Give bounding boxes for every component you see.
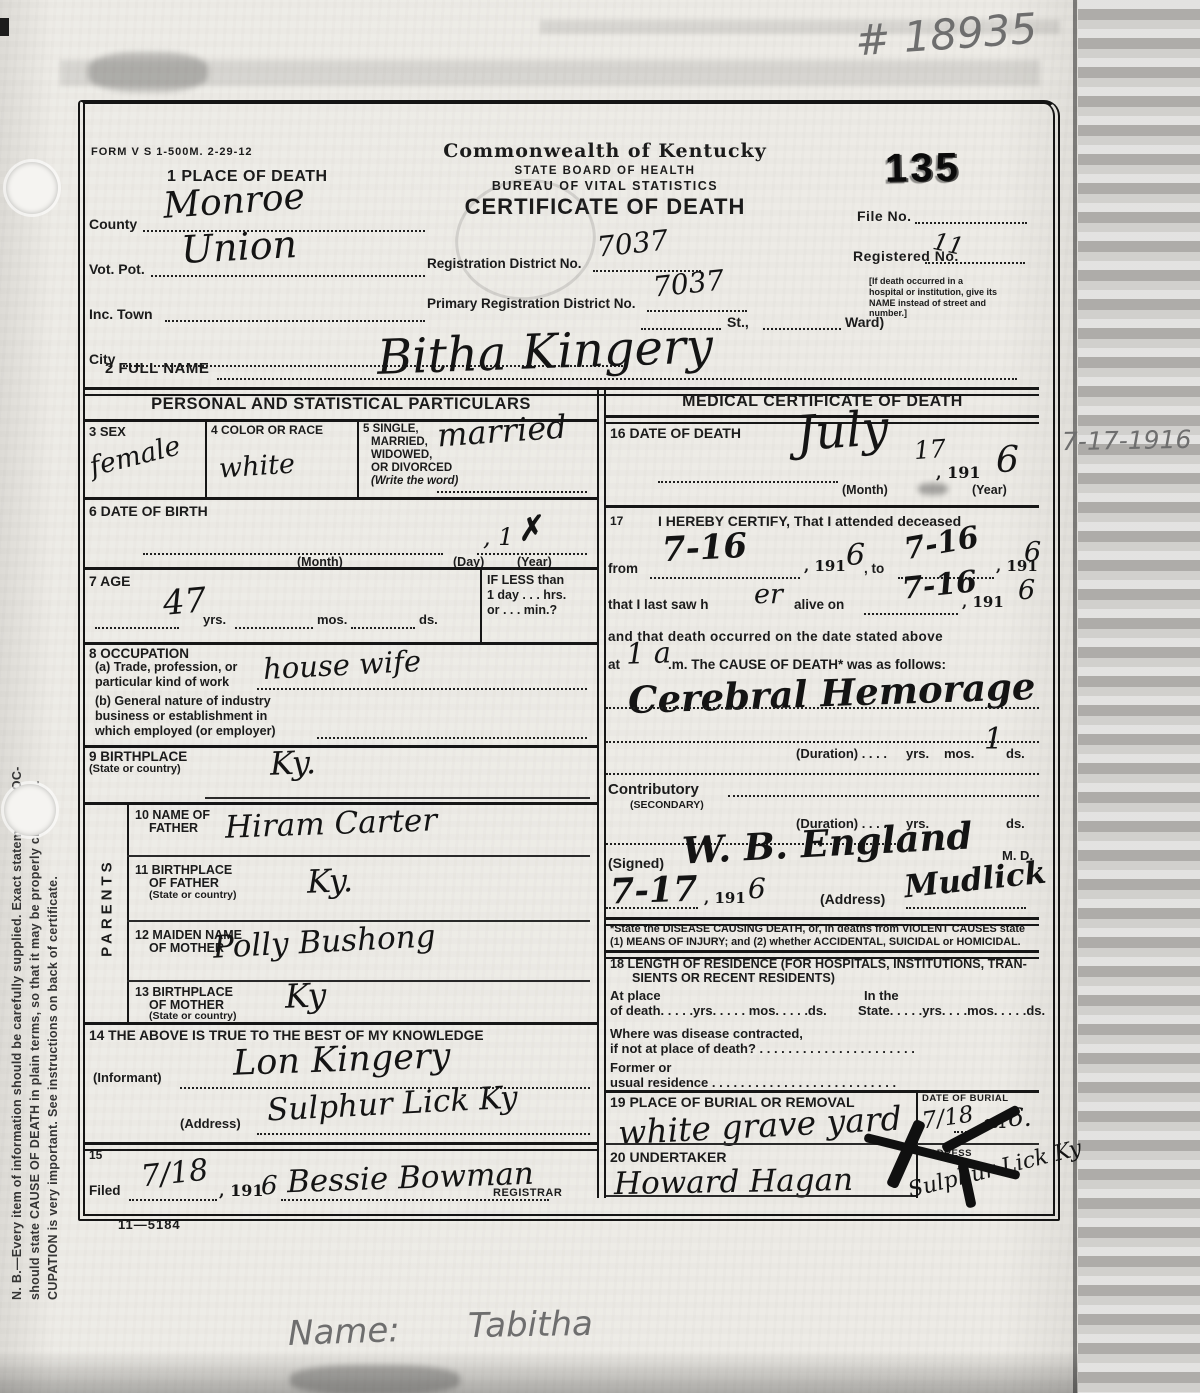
org-bureau: BUREAU OF VITAL STATISTICS (425, 179, 785, 193)
certify-from-label: from (608, 561, 638, 577)
rule-line (85, 567, 597, 570)
certify-to-value: 7-16 (902, 523, 981, 566)
duration-dotted-line (606, 771, 1039, 775)
column-divider (597, 387, 606, 1198)
father-name-value: Hiram Carter (225, 805, 438, 843)
filed-item-number: 15 (89, 1149, 102, 1163)
duration2-ds-label: ds. (1006, 817, 1025, 832)
signed-year-digit: 6 (748, 875, 766, 903)
informant-address-label: (Address) (180, 1117, 241, 1132)
inc-town-label: Inc. Town (89, 306, 153, 322)
rule-line (606, 505, 1039, 508)
dod-month-sublabel: (Month) (842, 483, 888, 497)
file-no-dotted-line (915, 220, 1027, 224)
age-ds-label: ds. (419, 613, 438, 628)
contributory-label: Contributory (608, 781, 699, 798)
cause-of-death-value: Cerebral Hemorage (627, 668, 1036, 719)
at-place-label-1: At place (610, 989, 661, 1004)
mother-birthplace-value: Ky (284, 978, 326, 1012)
cell-divider (357, 419, 359, 497)
address-label: (Address) (820, 891, 885, 907)
date-of-death-year-digit: 6 (996, 443, 1019, 479)
county-label: County (89, 216, 137, 232)
sex-label: 3 SEX (89, 425, 126, 440)
rule-line (85, 497, 597, 500)
medical-column: MEDICAL CERTIFICATE OF DEATH 16 DATE OF … (606, 387, 1039, 1198)
age-dotted-line (95, 625, 179, 629)
certify-to-label: , to (864, 561, 884, 577)
dob-year-dotted-line (477, 551, 587, 555)
penciled-file-number: # 18935 (854, 8, 1039, 63)
birthplace-value: Ky. (269, 746, 316, 780)
if-less-line-1: IF LESS than (487, 573, 564, 587)
marital-label-4: OR DIVORCED (371, 462, 452, 475)
if-less-line-3: or . . . min.? (487, 603, 557, 617)
vot-pot-dotted-line (151, 273, 425, 277)
cell-divider (205, 419, 207, 497)
rule-line (85, 802, 597, 805)
at-label: at (608, 657, 620, 673)
saw-alive-year-preprint: , 191 (962, 595, 1004, 610)
page-edge-line (1073, 0, 1077, 1393)
age-mos-label: mos. (317, 613, 347, 628)
marital-value: married (436, 411, 568, 452)
org-commonwealth: Commonwealth of Kentucky (425, 140, 785, 162)
signed-value: W. B. England (681, 817, 973, 869)
parents-strip-divider (127, 802, 129, 1022)
occupation-a-line-1: (a) Trade, profession, or (95, 660, 237, 674)
dod-year-sublabel: (Year) (972, 483, 1007, 497)
occupation-b-line-1: (b) General nature of industry (95, 694, 271, 708)
marital-dotted-line (437, 489, 587, 493)
penciled-name-value: Tabitha (468, 1307, 593, 1343)
mother-birthplace-label-3: (State or country) (149, 1010, 237, 1022)
org-board-of-health: STATE BOARD OF HEALTH (425, 165, 785, 178)
occupation-b-dotted-line (317, 735, 587, 739)
margin-instruction-line-1: N. B.—Every item of information should b… (10, 150, 24, 1300)
dod-day-sublabel-smudge (918, 483, 948, 495)
scanner-edge-strip (1078, 0, 1200, 1393)
full-name-label: 2 FULL NAME (105, 360, 209, 377)
saw-alive-dotted-line (864, 611, 958, 615)
registration-district-value: 7037 (596, 226, 670, 261)
penciled-death-date: 7-17-1916 (1062, 427, 1192, 454)
vot-pot-label: Vot. Pot. (89, 261, 145, 277)
certify-to-year-digit: 6 (1024, 539, 1041, 566)
institution-note: [If death occurred in a hospital or inst… (869, 276, 997, 319)
occupation-a-line-2: particular kind of work (95, 675, 229, 689)
signed-date-value: 7-17 (609, 871, 698, 909)
birthplace-sublabel: (State or country) (89, 763, 181, 776)
rule-line (85, 745, 597, 748)
county-value: Monroe (162, 179, 306, 225)
dob-scribble-mark: ✗ (514, 513, 545, 548)
duration-label: (Duration) . . . . (796, 747, 887, 762)
age-value: 47 (162, 583, 208, 621)
marital-label-2: MARRIED, (371, 436, 428, 449)
form-code: FORM V S 1-500M. 2-29-12 (91, 146, 253, 159)
certificate-number-stamp: 135 (885, 145, 962, 191)
occupation-b-line-3: which employed (or employer) (95, 724, 276, 738)
scanned-death-certificate: # 18935 7-17-1916 Name: Tabitha N. B.—Ev… (0, 0, 1200, 1393)
race-value: white (218, 450, 296, 482)
address-value: Mudlick (903, 858, 1048, 904)
ward-leading-dots (763, 326, 841, 330)
dob-label: 6 DATE OF BIRTH (89, 503, 208, 519)
contributory-sublabel: (SECONDARY) (630, 799, 704, 811)
in-the-label-2: State. . . . .yrs. . . .mos. . . . .ds. (858, 1004, 1045, 1019)
duration-yrs-label: yrs. (906, 747, 929, 762)
duration-value: 1 (984, 725, 1003, 755)
date-of-death-day-value: 17 (913, 436, 946, 463)
scan-artifact-mark (0, 18, 9, 36)
row-rule (127, 855, 590, 857)
informant-address-value: Sulphur Lick Ky (266, 1082, 518, 1126)
marital-label-1: 5 SINGLE, (363, 423, 419, 436)
registration-district-label: Registration District No. (427, 256, 582, 272)
cause-dotted-line (606, 739, 1039, 743)
signed-date-dotted-line (606, 905, 698, 909)
contracted-label-1: Where was disease contracted, (610, 1027, 803, 1042)
address-dotted-line (906, 905, 1026, 909)
filed-year-digit: 6 (261, 1173, 278, 1199)
dob-dotted-line (143, 551, 443, 555)
full-name-value: Bitha Kingery (376, 322, 714, 382)
informant-value: Lon Kingery (232, 1039, 451, 1082)
certificate-border: FORM V S 1-500M. 2-29-12 1 PLACE OF DEAT… (78, 100, 1060, 1221)
residence-label-2: SIENTS OR RECENT RESIDENTS) (632, 971, 835, 985)
filed-date-value: 7/18 (140, 1156, 210, 1193)
parents-vertical-label: PARENTS (98, 848, 115, 968)
dob-year-preprint: , 1 (483, 525, 514, 549)
race-label: 4 COLOR OR RACE (211, 424, 323, 438)
residence-label-1: 18 LENGTH OF RESIDENCE (FOR HOSPITALS, I… (610, 957, 1027, 971)
duration-ds-label: ds. (1006, 747, 1025, 762)
bottom-smudge (290, 1365, 460, 1393)
registered-no-dotted-line (925, 260, 1025, 264)
contracted-label-2: if not at place of death? . . . . . . . … (610, 1042, 915, 1057)
primary-district-label: Primary Registration District No. (427, 296, 636, 312)
cause-dotted-line (606, 705, 1039, 709)
father-birthplace-value: Ky. (306, 864, 353, 898)
occupation-value: house wife (262, 647, 421, 684)
age-yrs-label: yrs. (203, 613, 226, 628)
age-dotted-line (235, 625, 313, 629)
in-the-label-1: In the (864, 989, 899, 1004)
registered-no-value: 11 (931, 229, 966, 259)
age-label: 7 AGE (89, 573, 131, 589)
row-rule (916, 1143, 1039, 1145)
personal-column: PERSONAL AND STATISTICAL PARTICULARS 3 S… (85, 387, 597, 1198)
date-of-death-label: 16 DATE OF DEATH (610, 425, 741, 441)
certify-item-number: 17 (610, 515, 623, 529)
penciled-name-label: Name: (287, 1313, 400, 1351)
saw-alive-year-digit: 6 (1018, 577, 1035, 604)
mother-name-value: Polly Bushong (212, 921, 436, 964)
certify-line: I HEREBY CERTIFY, That I attended deceas… (658, 513, 961, 529)
filed-year-preprint: , 191 (219, 1183, 264, 1199)
marital-label-3: WIDOWED, (371, 449, 432, 462)
file-no-label: File No. (857, 208, 912, 224)
vot-pot-value: Union (180, 225, 298, 269)
rule-line (85, 642, 597, 645)
signed-year-preprint: , 191 (704, 891, 746, 906)
occupation-a-dotted-line (257, 686, 587, 690)
form-footer-code: 11—5184 (118, 1218, 181, 1233)
date-of-death-month-value: July (794, 404, 890, 458)
father-birthplace-label-3: (State or country) (149, 889, 237, 901)
signed-label: (Signed) (608, 855, 664, 871)
margin-instruction-line-3: CUPATION is very important. See instruct… (46, 150, 60, 1300)
occupation-b-line-2: business or establishment in (95, 709, 267, 723)
footnote-line-1: *State the DISEASE CAUSING DEATH, or, in… (610, 923, 1025, 935)
write-in-line (606, 1195, 916, 1197)
cell-divider (480, 567, 482, 642)
certify-from-year-preprint: , 191 (804, 559, 846, 574)
saw-alive-label-1: that I last saw h (608, 597, 709, 613)
registrar-label: REGISTRAR (493, 1187, 562, 1200)
street-label: St., (727, 314, 749, 330)
certify-from-value: 7-16 (661, 529, 748, 567)
informant-label: (Informant) (93, 1071, 162, 1086)
former-residence-label-2: usual residence . . . . . . . . . . . . … (610, 1076, 896, 1091)
rule-line-double (85, 1142, 597, 1151)
former-residence-label-1: Former or (610, 1061, 671, 1076)
scan-streak (60, 60, 1040, 86)
certify-from-year-digit: 6 (846, 541, 865, 571)
footnote-line-2: (1) MEANS OF INJURY; and (2) whether ACC… (610, 936, 1021, 948)
primary-district-value: 7037 (652, 266, 726, 301)
undertaker-label: 20 UNDERTAKER (610, 1149, 726, 1165)
if-less-line-2: 1 day . . . hrs. (487, 588, 566, 602)
saw-alive-label-2: alive on (794, 597, 844, 613)
date-of-death-dotted-line (658, 479, 838, 483)
hour-of-death-value: 1 a (626, 638, 672, 669)
filed-label: Filed (89, 1183, 121, 1199)
write-in-line (205, 797, 590, 799)
marital-label-5: (Write the word) (371, 475, 458, 488)
punch-hole-bottom (4, 784, 56, 836)
ward-label: Ward) (845, 314, 884, 330)
contributory-dotted-line (728, 793, 1039, 797)
punch-hole-top (6, 162, 58, 214)
bottom-scan-shadow (0, 1350, 1078, 1393)
informant-address-dotted-line (257, 1131, 590, 1135)
date-of-death-year-preprint: , 191 (936, 465, 981, 481)
rule-line (85, 1022, 597, 1025)
duration-mos-label: mos. (944, 747, 974, 762)
at-place-label-2: of death. . . . .yrs. . . . . mos. . . .… (610, 1004, 827, 1019)
saw-alive-her: er (754, 581, 783, 608)
father-name-label-2: FATHER (149, 821, 198, 835)
filed-dotted-line (129, 1197, 217, 1201)
margin-instruction-line-2: should state CAUSE OF DEATH in plain ter… (28, 150, 42, 1300)
inc-town-dotted-line (165, 318, 425, 322)
primary-district-dotted-line (647, 308, 747, 312)
row-rule (127, 980, 590, 982)
age-dotted-line (351, 625, 415, 629)
